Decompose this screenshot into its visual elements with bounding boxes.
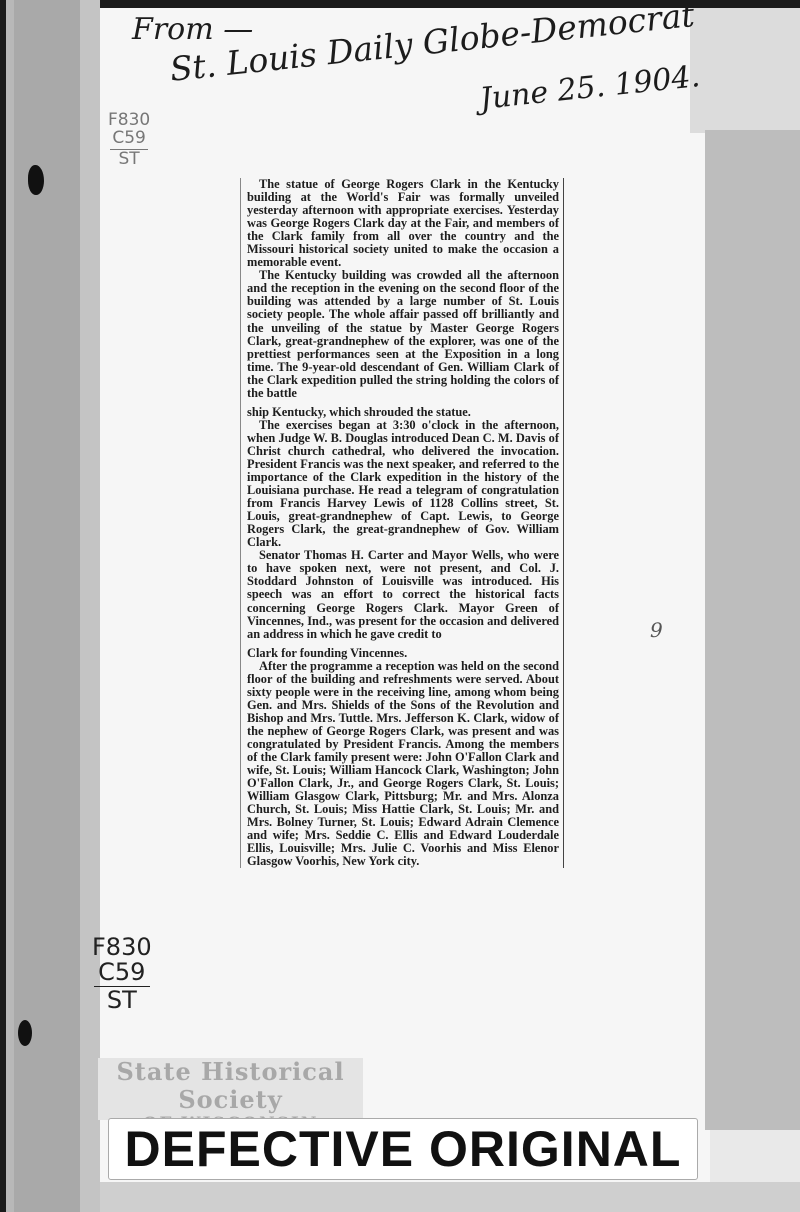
clipping-paragraph: The exercises began at 3:30 o'clock in t… <box>247 419 559 549</box>
page-edge-shade <box>705 130 800 1130</box>
binding-strip <box>0 0 100 1212</box>
clipping-paragraph: Clark for founding Vincennes. <box>247 647 559 660</box>
call-number-stamp: F830 C59 ST <box>108 112 150 169</box>
margin-pencil-mark: 9 <box>650 618 663 642</box>
newspaper-clipping: The statue of George Rogers Clark in the… <box>240 178 564 868</box>
page-edge-shade <box>690 8 800 133</box>
binding-hole <box>28 165 44 195</box>
clipping-paragraph: The statue of George Rogers Clark in the… <box>247 178 559 269</box>
clipping-paragraph: ship Kentucky, which shrouded the statue… <box>247 406 559 419</box>
binding-hole <box>18 1020 32 1046</box>
scan-bottom-edge <box>100 1182 800 1212</box>
clipping-paragraph: The Kentucky building was crowded all th… <box>247 269 559 399</box>
defective-original-label: DEFECTIVE ORIGINAL <box>108 1118 698 1180</box>
clipping-paragraph: Senator Thomas H. Carter and Mayor Wells… <box>247 549 559 640</box>
call-number-line: C59 <box>92 960 152 985</box>
clipping-paragraph: After the programme a reception was held… <box>247 660 559 869</box>
library-ownership-stamp: State Historical Society OF WISCONSIN <box>98 1058 363 1120</box>
call-number-line: F830 <box>92 935 152 960</box>
stamp-line: State Historical Society <box>98 1058 363 1114</box>
call-number-line: C59 <box>108 130 150 148</box>
handwritten-from-label: From — <box>132 12 253 47</box>
call-number-handwritten: F830 C59 ST <box>92 935 152 1014</box>
call-number-line: ST <box>92 988 152 1013</box>
call-number-line: ST <box>108 151 150 169</box>
